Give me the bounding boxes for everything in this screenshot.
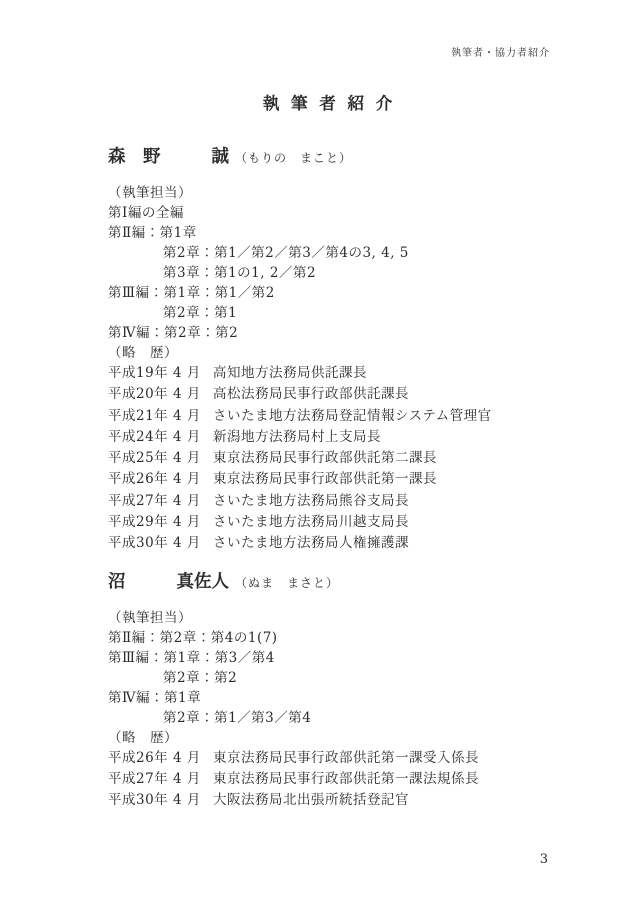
career-position: さいたま地方法務局人権擁護課 xyxy=(213,533,409,554)
career-date: 平成30年 4 月 xyxy=(108,533,213,554)
career-position: 高松法務局民事行政部供託課長 xyxy=(213,384,409,405)
assignments-list: 第Ⅱ編：第2章：第4の1(7) 第Ⅲ編：第1章：第3／第4 第2章：第2 第Ⅳ編… xyxy=(108,628,550,728)
career-row: 平成26年 4 月 東京法務局民事行政部供託第一課長 xyxy=(108,469,550,490)
career-row: 平成30年 4 月 大阪法務局北出張所統括登記官 xyxy=(108,790,550,811)
assignment-line: 第Ⅱ編：第2章：第4の1(7) xyxy=(108,628,550,648)
career-date: 平成30年 4 月 xyxy=(108,790,213,811)
career-position: 東京法務局民事行政部供託第二課長 xyxy=(213,448,437,469)
document-page: 執筆者・協力者紹介 執 筆 者 紹 介 森 野 誠 （もりの まこと） （執筆担… xyxy=(0,0,635,900)
career-position: 東京法務局民事行政部供託第一課長 xyxy=(213,469,437,490)
author-given-name: 真佐人 xyxy=(177,571,230,593)
career-label: （略 歴） xyxy=(108,728,550,748)
assignment-line: 第Ⅰ編の全編 xyxy=(108,203,550,223)
career-row: 平成21年 4 月 さいたま地方法務局登記情報システム管理官 xyxy=(108,406,550,427)
career-position: 高知地方法務局供託課長 xyxy=(213,363,367,384)
career-position: 東京法務局民事行政部供託第一課法規係長 xyxy=(213,769,479,790)
career-date: 平成24年 4 月 xyxy=(108,427,213,448)
assignment-line: 第2章：第1／第2／第3／第4の3, 4, 5 xyxy=(108,243,550,263)
career-date: 平成20年 4 月 xyxy=(108,384,213,405)
career-row: 平成24年 4 月 新潟地方法務局村上支局長 xyxy=(108,427,550,448)
career-date: 平成29年 4 月 xyxy=(108,512,213,533)
career-row: 平成27年 4 月 さいたま地方法務局熊谷支局長 xyxy=(108,491,550,512)
assignment-line: 第2章：第2 xyxy=(108,668,550,688)
page-title: 執 筆 者 紹 介 xyxy=(108,95,550,113)
career-row: 平成26年 4 月 東京法務局民事行政部供託第一課受入係長 xyxy=(108,748,550,769)
author-name: 森 野 誠 （もりの まこと） xyxy=(108,146,550,169)
career-position: さいたま地方法務局川越支局長 xyxy=(213,512,409,533)
author-name-field: 森 野 誠 xyxy=(108,146,229,168)
career-position: さいたま地方法務局登記情報システム管理官 xyxy=(213,406,492,427)
author-section: 森 野 誠 （もりの まこと） （執筆担当） 第Ⅰ編の全編 第Ⅱ編：第1章 第2… xyxy=(108,146,550,555)
page-number: 3 xyxy=(540,852,548,867)
career-row: 平成27年 4 月 東京法務局民事行政部供託第一課法規係長 xyxy=(108,769,550,790)
assignment-line: 第Ⅳ編：第1章 xyxy=(108,688,550,708)
career-date: 平成26年 4 月 xyxy=(108,748,213,769)
career-position: 新潟地方法務局村上支局長 xyxy=(213,427,381,448)
assignment-line: 第Ⅱ編：第1章 xyxy=(108,223,550,243)
assignment-line: 第3章：第1の1, 2／第2 xyxy=(108,263,550,283)
career-position: 東京法務局民事行政部供託第一課受入係長 xyxy=(213,748,479,769)
assignment-line: 第Ⅲ編：第1章：第1／第2 xyxy=(108,283,550,303)
author-name: 沼 真佐人 （ぬま まさと） xyxy=(108,571,550,594)
career-date: 平成21年 4 月 xyxy=(108,406,213,427)
career-row: 平成20年 4 月 高松法務局民事行政部供託課長 xyxy=(108,384,550,405)
career-list: 平成26年 4 月 東京法務局民事行政部供託第一課受入係長 平成27年 4 月 … xyxy=(108,748,550,812)
career-list: 平成19年 4 月 高知地方法務局供託課長 平成20年 4 月 高松法務局民事行… xyxy=(108,363,550,555)
assignments-label: （執筆担当） xyxy=(108,183,550,203)
author-surname: 森 野 xyxy=(108,146,161,168)
career-label: （略 歴） xyxy=(108,343,550,363)
career-row: 平成25年 4 月 東京法務局民事行政部供託第二課長 xyxy=(108,448,550,469)
assignment-line: 第Ⅲ編：第1章：第3／第4 xyxy=(108,648,550,668)
career-date: 平成27年 4 月 xyxy=(108,769,213,790)
assignment-line: 第2章：第1／第3／第4 xyxy=(108,708,550,728)
author-section: 沼 真佐人 （ぬま まさと） （執筆担当） 第Ⅱ編：第2章：第4の1(7) 第Ⅲ… xyxy=(108,571,550,812)
career-row: 平成29年 4 月 さいたま地方法務局川越支局長 xyxy=(108,512,550,533)
career-date: 平成25年 4 月 xyxy=(108,448,213,469)
career-date: 平成19年 4 月 xyxy=(108,363,213,384)
author-given-name: 誠 xyxy=(212,146,230,168)
assignments-list: 第Ⅰ編の全編 第Ⅱ編：第1章 第2章：第1／第2／第3／第4の3, 4, 5 第… xyxy=(108,203,550,343)
career-date: 平成26年 4 月 xyxy=(108,469,213,490)
career-row: 平成19年 4 月 高知地方法務局供託課長 xyxy=(108,363,550,384)
career-row: 平成30年 4 月 さいたま地方法務局人権擁護課 xyxy=(108,533,550,554)
career-date: 平成27年 4 月 xyxy=(108,491,213,512)
assignment-line: 第Ⅳ編：第2章：第2 xyxy=(108,323,550,343)
assignment-line: 第2章：第1 xyxy=(108,303,550,323)
career-position: さいたま地方法務局熊谷支局長 xyxy=(213,491,409,512)
author-name-field: 沼 真佐人 xyxy=(108,571,229,593)
author-kana: （ぬま まさと） xyxy=(235,572,339,594)
running-header: 執筆者・協力者紹介 xyxy=(451,44,550,59)
career-position: 大阪法務局北出張所統括登記官 xyxy=(213,790,409,811)
author-kana: （もりの まこと） xyxy=(235,147,352,169)
author-surname: 沼 xyxy=(108,571,126,593)
assignments-label: （執筆担当） xyxy=(108,608,550,628)
